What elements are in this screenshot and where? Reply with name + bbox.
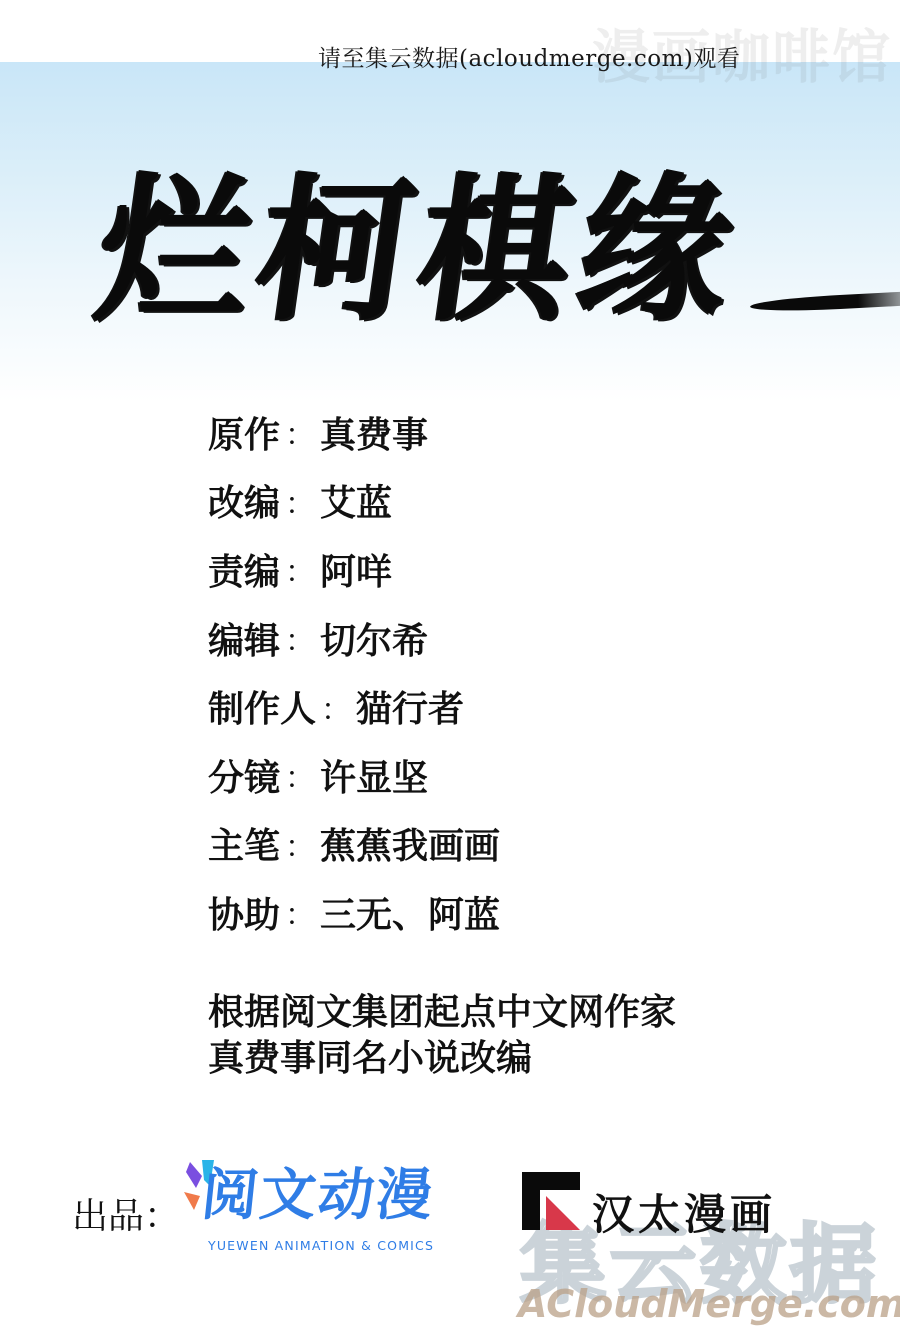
credit-name: 阿咩 (320, 544, 392, 595)
credit-row: 制作人 ： 猫行者 (208, 672, 500, 741)
credit-row: 编辑 ： 切尔希 (208, 604, 500, 673)
credit-row: 责编 ： 阿咩 (208, 535, 500, 604)
credit-colon: ： (316, 685, 356, 729)
credit-colon: ： (280, 410, 320, 454)
credit-row: 原作 ： 真费事 (208, 398, 500, 467)
top-notice: 请至集云数据(acloudmerge.com)观看 (318, 40, 740, 73)
credit-name: 真费事 (320, 407, 428, 458)
credit-role: 改编 (208, 475, 280, 526)
credit-colon: ： (280, 753, 320, 797)
credit-role: 原作 (208, 407, 280, 458)
credit-row: 主笔 ： 蕉蕉我画画 (208, 810, 500, 879)
yuewen-logo-text: 阅文动漫 (199, 1168, 437, 1224)
hantai-logo: 汉太漫画 (522, 1172, 802, 1242)
credit-role: 分镜 (208, 750, 280, 801)
credit-role: 编辑 (208, 613, 280, 664)
hantai-mark-icon (522, 1172, 580, 1230)
producer-label: 出品： (72, 1188, 180, 1239)
watermark-bottom-url: ACloudMerge.com (518, 1282, 900, 1326)
credit-row: 分镜 ： 许显坚 (208, 741, 500, 810)
credit-row: 改编 ： 艾蓝 (208, 467, 500, 536)
source-line-1: 根据阅文集团起点中文网作家 (208, 990, 676, 1036)
credit-role: 责编 (208, 544, 280, 595)
credit-colon: ： (280, 616, 320, 660)
hantai-logo-text: 汉太漫画 (592, 1182, 776, 1242)
yuewen-logo: 阅文动漫 YUEWEN ANIMATION & COMICS (182, 1158, 462, 1258)
credits-list: 原作 ： 真费事 改编 ： 艾蓝 责编 ： 阿咩 编辑 ： 切尔希 制作人 ： … (208, 398, 500, 947)
source-attribution: 根据阅文集团起点中文网作家 真费事同名小说改编 (208, 990, 676, 1082)
credit-colon: ： (280, 822, 320, 866)
credit-colon: ： (280, 547, 320, 591)
credit-role: 协助 (208, 887, 280, 938)
credit-name: 许显坚 (320, 750, 428, 801)
source-line-2: 真费事同名小说改编 (208, 1036, 676, 1082)
credit-role: 制作人 (208, 681, 316, 732)
credit-colon: ： (280, 479, 320, 523)
credit-name: 艾蓝 (320, 475, 392, 526)
credit-name: 切尔希 (320, 613, 428, 664)
comic-title: 烂柯棋缘 (100, 145, 840, 355)
credit-name: 蕉蕉我画画 (320, 818, 500, 869)
credit-name: 猫行者 (356, 681, 464, 732)
title-calligraphy: 烂柯棋缘 (89, 171, 751, 329)
credit-colon: ： (280, 890, 320, 934)
credit-name: 三无、阿蓝 (320, 887, 500, 938)
credit-row: 协助 ： 三无、阿蓝 (208, 878, 500, 947)
credit-role: 主笔 (208, 818, 280, 869)
yuewen-logo-subtitle: YUEWEN ANIMATION & COMICS (208, 1238, 434, 1253)
